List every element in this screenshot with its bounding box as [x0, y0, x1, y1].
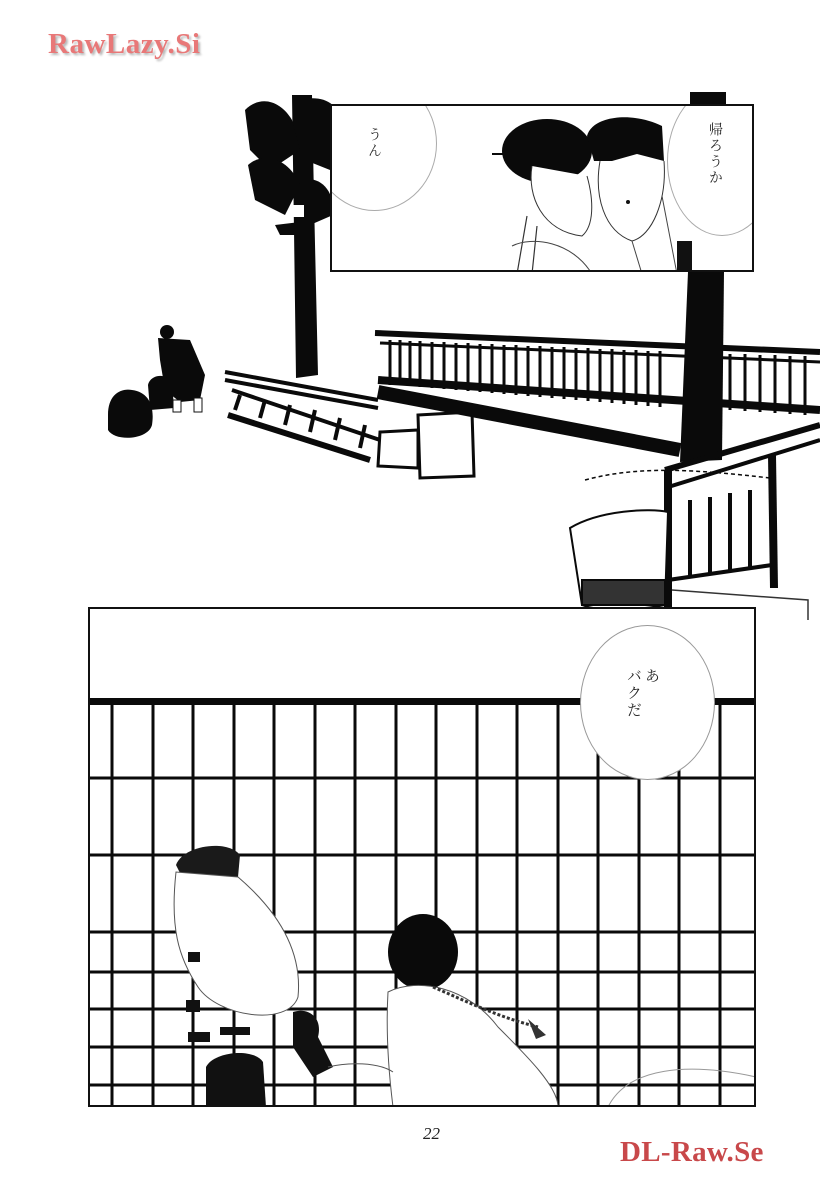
bench-row: [225, 372, 380, 460]
page-number: 22: [423, 1124, 440, 1144]
speech-bubble-girl-bottom: あ バクだ: [580, 625, 715, 780]
watermark-bottom: DL-Raw.Se: [620, 1136, 764, 1169]
dialogue-line-1: あ: [643, 668, 661, 685]
dialogue-boy: 帰ろうか: [706, 122, 724, 186]
figures: [174, 846, 756, 1107]
tree-sign: [290, 205, 304, 217]
trash-bin: [378, 412, 474, 478]
dialogue-girl-bottom: あ バクだ: [625, 668, 661, 719]
park-scene-art: [0, 0, 820, 620]
lamp-post: [680, 272, 724, 462]
lamp-post-top: [690, 92, 726, 104]
dialogue-girl: うん: [365, 127, 383, 159]
panel-lower-fence: あ バクだ: [88, 607, 756, 1107]
bucket: [570, 510, 668, 609]
man-with-bags: [108, 325, 205, 438]
boy-hair: [587, 117, 664, 161]
panel-upper-inset: うん 帰ろうか: [330, 104, 754, 272]
dialogue-line-2: バクだ: [625, 668, 643, 719]
